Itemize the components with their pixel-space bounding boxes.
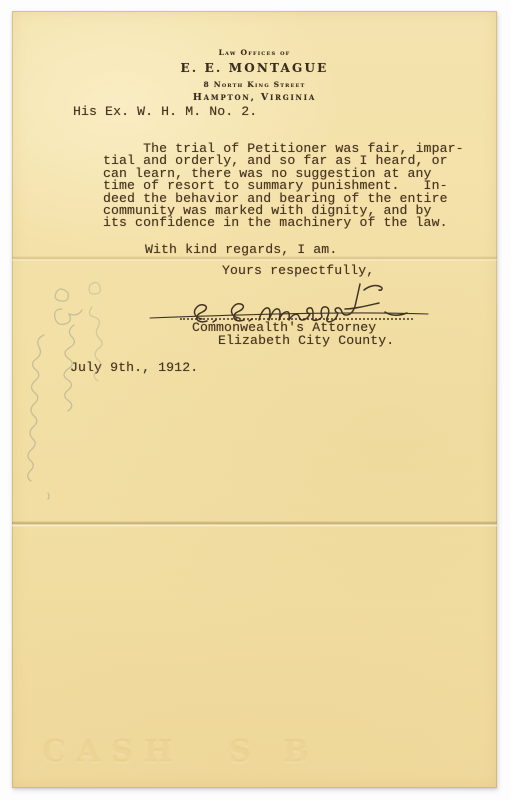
watermark-text-left: CASH bbox=[42, 735, 183, 770]
pencil-bleedthrough-marks bbox=[24, 273, 104, 513]
typed-line: its confidence in the machinery of the l… bbox=[103, 217, 464, 229]
signature-flourish bbox=[345, 286, 382, 309]
body-paragraph: The trial of Petitioner was fair, impar-… bbox=[103, 143, 464, 230]
fold-crease-lower bbox=[12, 521, 497, 527]
closing-line: With kind regards, I am. bbox=[145, 244, 337, 256]
valediction: Yours respectfully, bbox=[222, 265, 374, 277]
paper-watermark: CASH S B bbox=[42, 735, 442, 770]
letterhead-office-line: Law Offices of bbox=[12, 48, 497, 57]
letterhead: Law Offices of E. E. MONTAGUE 8 North Ki… bbox=[12, 48, 497, 103]
letterhead-city: Hampton, Virginia bbox=[12, 92, 497, 103]
signer-locality: Elizabeth City County. bbox=[218, 335, 394, 347]
letterhead-street: 8 North King Street bbox=[12, 80, 497, 89]
signature-surname bbox=[259, 284, 360, 322]
letter-scan: Law Offices of E. E. MONTAGUE 8 North Ki… bbox=[0, 0, 511, 800]
letter-page: Law Offices of E. E. MONTAGUE 8 North Ki… bbox=[12, 11, 497, 788]
watermark-text-right: S B bbox=[229, 735, 319, 770]
reference-line: His Ex. W. H. M. No. 2. bbox=[73, 106, 257, 118]
letterhead-name: E. E. MONTAGUE bbox=[12, 61, 497, 75]
